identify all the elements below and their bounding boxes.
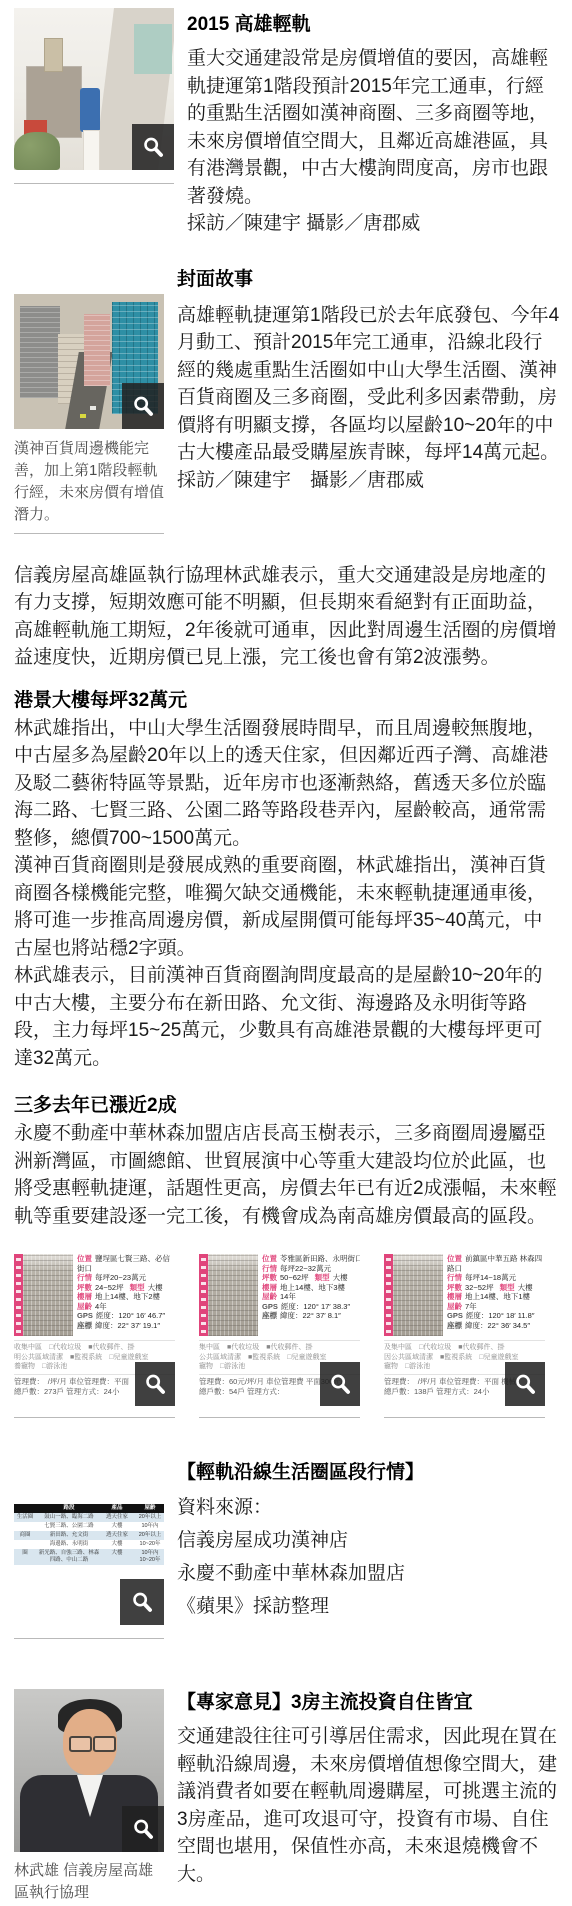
- zone-cell: 圈: [14, 1549, 36, 1565]
- section-title: 【專家意見】3房主流投資自住皆宜: [177, 1689, 560, 1717]
- building-photo: [393, 1254, 443, 1336]
- households-value: 總戶數：273戶: [14, 1387, 64, 1396]
- management-value: 管理方式：24小: [66, 1387, 119, 1396]
- gps-value: 經度：120° 18′ 11.8″: [466, 1311, 535, 1320]
- teal-billboard-shape: [134, 24, 172, 74]
- type-label: 類型: [315, 1273, 330, 1282]
- floors-label: 樓層: [447, 1292, 462, 1301]
- gps-label: GPS: [447, 1311, 463, 1320]
- gps-label: GPS: [77, 1311, 93, 1320]
- age-value: 7年: [465, 1302, 477, 1311]
- coord-value: 緯度：22° 37′ 19.1″: [95, 1321, 160, 1330]
- gps-value: 經度：120° 16′ 46.7″: [96, 1311, 165, 1320]
- rates-figure: 路段 產品 屋齡 生活圈 鼓山一路、臨海二路 透天住家 20年以上 七賢三路、公…: [14, 1504, 164, 1639]
- section-body: 重大交通建設常是房價增值的要因，高雄輕軌捷運第1階段預計2015年完工通車，行經…: [187, 45, 560, 210]
- roads-cell: 新田路、允文街: [36, 1531, 102, 1540]
- table-row: 海邊路、永明街 大樓 10~20年: [14, 1540, 164, 1549]
- zoom-icon[interactable]: [122, 1806, 164, 1852]
- coord-label: 座標: [262, 1311, 277, 1320]
- expert-text: 【專家意見】3房主流投資自住皆宜 交通建設往往可引導居住需求，因此現在買在輕軌沿…: [177, 1689, 560, 1888]
- paragraph: 漢神百貨商圈則是發展成熟的重要商圈，林武雄指出，漢神百貨商圈各樣機能完整，唯獨欠…: [14, 852, 560, 962]
- age-cell: 10年內: [132, 1522, 164, 1531]
- location-value: 苓雅區新田路、永明街口: [280, 1254, 360, 1263]
- size-label: 坪數: [262, 1273, 277, 1282]
- zoom-icon[interactable]: [320, 1362, 360, 1406]
- header-cell: 路段: [36, 1504, 102, 1513]
- age-cell: 20年以上: [132, 1531, 164, 1540]
- building-name-strip: [14, 1254, 23, 1336]
- section-title: 2015 高雄輕軌: [187, 11, 560, 39]
- source-line: 信義房屋成功漢神店: [177, 1524, 560, 1557]
- age-cell: 10年內 10~20年: [132, 1549, 164, 1565]
- fee-value: 管理費： /坪/月: [14, 1377, 67, 1386]
- type-value: 大樓: [333, 1273, 348, 1282]
- listing-card-1-thumbnail[interactable]: 位置鹽埕區七賢三路、必信街口 行情每坪20~23萬元 坪數24~52坪類型大樓 …: [14, 1252, 175, 1406]
- paragraph: 永慶不動產中華林森加盟店店長高玉樹表示，三多商圈周邊屬亞洲新灣區，市圖總館、世貿…: [14, 1120, 560, 1230]
- glasses-left-lens: [69, 1736, 92, 1752]
- section-body: 高雄輕軌捷運第1階段已於去年底發包、今年4月動工、預計2015年完工通車，沿線北…: [177, 302, 560, 467]
- lrt-text: 2015 高雄輕軌 重大交通建設常是房價增值的要因，高雄輕軌捷運第1階段預計20…: [187, 8, 560, 238]
- coord-value: 緯度：22° 37′ 8.1″: [280, 1311, 341, 1320]
- size-value: 50~62坪: [280, 1273, 309, 1282]
- gps-label: GPS: [262, 1302, 278, 1311]
- amenity-line: 因公共區域清潔 ■監視系統 □兒童遊戲室: [384, 1353, 545, 1363]
- size-value: 24~52坪: [95, 1283, 124, 1292]
- gray-tower-shape: [20, 306, 60, 398]
- source-label: 資料來源：: [177, 1491, 560, 1524]
- paragraph: 林武雄指出，中山大學生活圈發展時間早，而且周邊較無腹地，中古屋多為屋齡20年以上…: [14, 715, 560, 853]
- age-value: 14年: [280, 1292, 296, 1301]
- rates-table-thumbnail[interactable]: 路段 產品 屋齡 生活圈 鼓山一路、臨海二路 透天住家 20年以上 七賢三路、公…: [14, 1504, 164, 1565]
- subhead-harbor-view: 港景大樓每坪32萬元: [14, 687, 560, 715]
- price-value: 每坪14~18萬元: [465, 1273, 516, 1282]
- parking-fee-value: 車位管理費：平面: [69, 1377, 129, 1386]
- zone-cell: 生活圈: [14, 1513, 36, 1522]
- roads-cell: 新光路、自強三路、林森四路、中山二路: [36, 1549, 102, 1565]
- type-cell: 透天住家: [102, 1531, 132, 1540]
- credit-line: 採訪／陳建宇 攝影／唐郡威: [187, 210, 560, 238]
- source-line: 永慶不動產中華林森加盟店: [177, 1557, 560, 1590]
- listing-cards-row: 位置鹽埕區七賢三路、必信街口 行情每坪20~23萬元 坪數24~52坪類型大樓 …: [14, 1252, 560, 1418]
- zone-cell: 商圈: [14, 1531, 36, 1540]
- coord-label: 座標: [447, 1321, 462, 1330]
- table-row: 商圈 新田路、允文街 透天住家 20年以上: [14, 1531, 164, 1540]
- blue-sign-shape: [80, 88, 100, 132]
- building-name-strip: [199, 1254, 208, 1336]
- amenity-line: 公共區域清潔 ■監視系統 □兒童遊戲室: [199, 1353, 360, 1363]
- amenity-line: 集中區 ■代收垃圾 ■代收郵件、掛: [199, 1343, 360, 1353]
- zoom-icon[interactable]: [122, 383, 164, 429]
- location-label: 位置: [447, 1254, 462, 1263]
- expert-portrait-thumbnail[interactable]: [14, 1689, 164, 1852]
- figure-divider: [14, 1638, 164, 1639]
- paragraph: 林武雄表示，目前漢神百貨商圈詢問度最高的是屋齡10~20年的中古大樓，主要分布在…: [14, 962, 560, 1072]
- table-header-row: 路段 產品 屋齡: [14, 1504, 164, 1513]
- type-cell: 透天住家: [102, 1513, 132, 1522]
- building-photo: [208, 1254, 258, 1336]
- coord-label: 座標: [77, 1321, 92, 1330]
- floors-label: 樓層: [262, 1283, 277, 1292]
- listing-card-column-1: 位置鹽埕區七賢三路、必信街口 行情每坪20~23萬元 坪數24~52坪類型大樓 …: [14, 1252, 175, 1418]
- car-shape: [90, 406, 96, 410]
- age-label: 屋齡: [447, 1302, 462, 1311]
- lrt-figure: [14, 8, 174, 184]
- section-expert-opinion: 林武雄 信義房屋高雄區執行協理 【專家意見】3房主流投資自住皆宜 交通建設往往可…: [14, 1689, 560, 1904]
- table-row: 圈 新光路、自強三路、林森四路、中山二路 大樓 10年內 10~20年: [14, 1549, 164, 1565]
- zoom-icon[interactable]: [132, 124, 174, 170]
- section-cover-story: 漢神百貨周邊機能完善，加上第1階段輕軌行經，未來房價有增值潛力。 封面故事 高雄…: [14, 266, 560, 534]
- age-cell: 20年以上: [132, 1513, 164, 1522]
- table-row: 七賢三路、公園二路 大樓 10年內: [14, 1522, 164, 1531]
- portrait-caption: 林武雄 信義房屋高雄區執行協理: [14, 1860, 164, 1904]
- article-main-body: 信義房屋高雄區執行協理林武雄表示，重大交通建設是房地產的有力支撐，短期效應可能不…: [14, 562, 560, 1231]
- type-value: 大樓: [148, 1283, 163, 1292]
- article-page: 2015 高雄輕軌 重大交通建設常是房價增值的要因，高雄輕軌捷運第1階段預計20…: [0, 0, 572, 1906]
- floors-value: 地上14樓、地下3樓: [280, 1283, 345, 1292]
- age-label: 屋齡: [262, 1292, 277, 1301]
- car-shape: [80, 414, 86, 418]
- building-name-strip: [384, 1254, 393, 1336]
- section-body: 交通建設往往可引導居住需求，因此現在買在輕軌沿線周邊，未來房價增值想像空間大，建…: [177, 1723, 560, 1888]
- floors-value: 地上14樓、地下1樓: [465, 1292, 530, 1301]
- subhead-sanduo: 三多去年已漲近2成: [14, 1092, 560, 1120]
- type-label: 類型: [130, 1283, 145, 1292]
- zone-cell: [14, 1522, 36, 1531]
- cover-text: 封面故事 高雄輕軌捷運第1階段已於去年底發包、今年4月動工、預計2015年完工通…: [177, 266, 560, 495]
- table-row: 生活圈 鼓山一路、臨海二路 透天住家 20年以上: [14, 1513, 164, 1522]
- listing-card-2-thumbnail[interactable]: 位置苓雅區新田路、永明街口 行情每坪22~32萬元 坪數50~62坪類型大樓 樓…: [199, 1252, 360, 1406]
- management-value: 管理方式：24小: [436, 1387, 489, 1396]
- zone-cell: [14, 1540, 36, 1549]
- size-label: 坪數: [447, 1283, 462, 1292]
- location-label: 位置: [262, 1254, 277, 1263]
- rates-text: 【輕軌沿線生活圈區段行情】 資料來源： 信義房屋成功漢神店 永慶不動產中華林森加…: [177, 1459, 560, 1623]
- roads-cell: 鼓山一路、臨海二路: [36, 1513, 102, 1522]
- amenity-line: 明公共區域清潔 ■監視系統 □兒童遊戲室: [14, 1353, 175, 1363]
- city-street-photo-thumbnail[interactable]: [14, 294, 164, 429]
- zoom-icon[interactable]: [135, 1362, 175, 1406]
- price-label: 行情: [77, 1273, 92, 1282]
- households-value: 總戶數：138戶: [384, 1387, 434, 1396]
- section-title: 封面故事: [177, 266, 560, 294]
- zoom-icon[interactable]: [505, 1362, 545, 1406]
- fee-value: 管理費： /坪/月: [384, 1377, 437, 1386]
- amenity-line: 收集中區 □代收垃圾 ■代收郵件、掛: [14, 1343, 175, 1353]
- listing-card-3-thumbnail[interactable]: 位置前鎮區中華五路 林森四路口 行情每坪14~18萬元 坪數32~52坪類型大樓…: [384, 1252, 545, 1406]
- gps-value: 經度：120° 17′ 38.3″: [281, 1302, 350, 1311]
- section-lrt-intro: 2015 高雄輕軌 重大交通建設常是房價增值的要因，高雄輕軌捷運第1階段預計20…: [14, 8, 560, 238]
- type-cell: 大樓: [102, 1522, 132, 1531]
- coord-value: 緯度：22° 36′ 34.5″: [465, 1321, 530, 1330]
- size-value: 32~52坪: [465, 1283, 494, 1292]
- price-label: 行情: [262, 1264, 277, 1273]
- floors-value: 地上14樓、地下2樓: [95, 1292, 160, 1301]
- cover-figure: 漢神百貨周邊機能完善，加上第1階段輕軌行經，未來房價有增值潛力。: [14, 294, 164, 534]
- households-value: 總戶數：54戶: [199, 1387, 245, 1396]
- header-cell: 產品: [102, 1504, 132, 1513]
- header-cell: 屋齡: [132, 1504, 164, 1513]
- credit-line: 採訪／陳建宇 攝影／唐郡威: [177, 467, 560, 495]
- age-cell: 10~20年: [132, 1540, 164, 1549]
- glasses-right-lens: [93, 1736, 116, 1752]
- source-line: 《蘋果》採訪整理: [177, 1590, 560, 1623]
- listing-info: 位置鹽埕區七賢三路、必信街口 行情每坪20~23萬元 坪數24~52坪類型大樓 …: [77, 1254, 175, 1330]
- amenity-line: 及集中區 □代收垃圾 ■代收郵件、掛: [384, 1343, 545, 1353]
- zoom-button-row: [14, 1579, 164, 1625]
- listing-info: 位置前鎮區中華五路 林森四路口 行情每坪14~18萬元 坪數32~52坪類型大樓…: [447, 1254, 545, 1330]
- floors-label: 樓層: [77, 1292, 92, 1301]
- section-rates: 路段 產品 屋齡 生活圈 鼓山一路、臨海二路 透天住家 20年以上 七賢三路、公…: [14, 1459, 560, 1639]
- fee-value: 管理費：60元/坪/月: [199, 1377, 264, 1386]
- pink-tower-shape: [84, 314, 110, 386]
- photo-caption: 漢神百貨周邊機能完善，加上第1階段輕軌行經，未來房價有增值潛力。: [14, 438, 164, 526]
- lrt-street-photo-thumbnail[interactable]: [14, 8, 174, 170]
- age-value: 4年: [95, 1302, 107, 1311]
- type-cell: 大樓: [102, 1540, 132, 1549]
- size-label: 坪數: [77, 1283, 92, 1292]
- section-title: 【輕軌沿線生活圈區段行情】: [177, 1459, 560, 1487]
- listing-card-column-2: 位置苓雅區新田路、永明街口 行情每坪22~32萬元 坪數50~62坪類型大樓 樓…: [199, 1252, 360, 1418]
- white-pole-shape: [83, 130, 100, 170]
- listing-card-column-3: 位置前鎮區中華五路 林森四路口 行情每坪14~18萬元 坪數32~52坪類型大樓…: [384, 1252, 545, 1418]
- management-value: 管理方式：: [247, 1387, 285, 1396]
- price-label: 行情: [447, 1273, 462, 1282]
- tree-shape: [14, 132, 60, 170]
- rooftop-sign-shape: [44, 38, 63, 72]
- paragraph: 信義房屋高雄區執行協理林武雄表示，重大交通建設是房地產的有力支撐，短期效應可能不…: [14, 562, 560, 672]
- location-label: 位置: [77, 1254, 92, 1263]
- roads-cell: 海邊路、永明街: [36, 1540, 102, 1549]
- expert-figure: 林武雄 信義房屋高雄區執行協理: [14, 1689, 164, 1904]
- price-value: 每坪22~32萬元: [280, 1264, 331, 1273]
- figure-divider: [14, 533, 164, 534]
- figure-divider: [14, 183, 174, 184]
- header-cell: [14, 1504, 36, 1513]
- building-photo: [23, 1254, 73, 1336]
- type-value: 大樓: [518, 1283, 533, 1292]
- zoom-icon[interactable]: [120, 1579, 164, 1625]
- age-label: 屋齡: [77, 1302, 92, 1311]
- type-label: 類型: [500, 1283, 515, 1292]
- listing-info: 位置苓雅區新田路、永明街口 行情每坪22~32萬元 坪數50~62坪類型大樓 樓…: [262, 1254, 360, 1321]
- roads-cell: 七賢三路、公園二路: [36, 1522, 102, 1531]
- price-value: 每坪20~23萬元: [95, 1273, 146, 1282]
- type-cell: 大樓: [102, 1549, 132, 1565]
